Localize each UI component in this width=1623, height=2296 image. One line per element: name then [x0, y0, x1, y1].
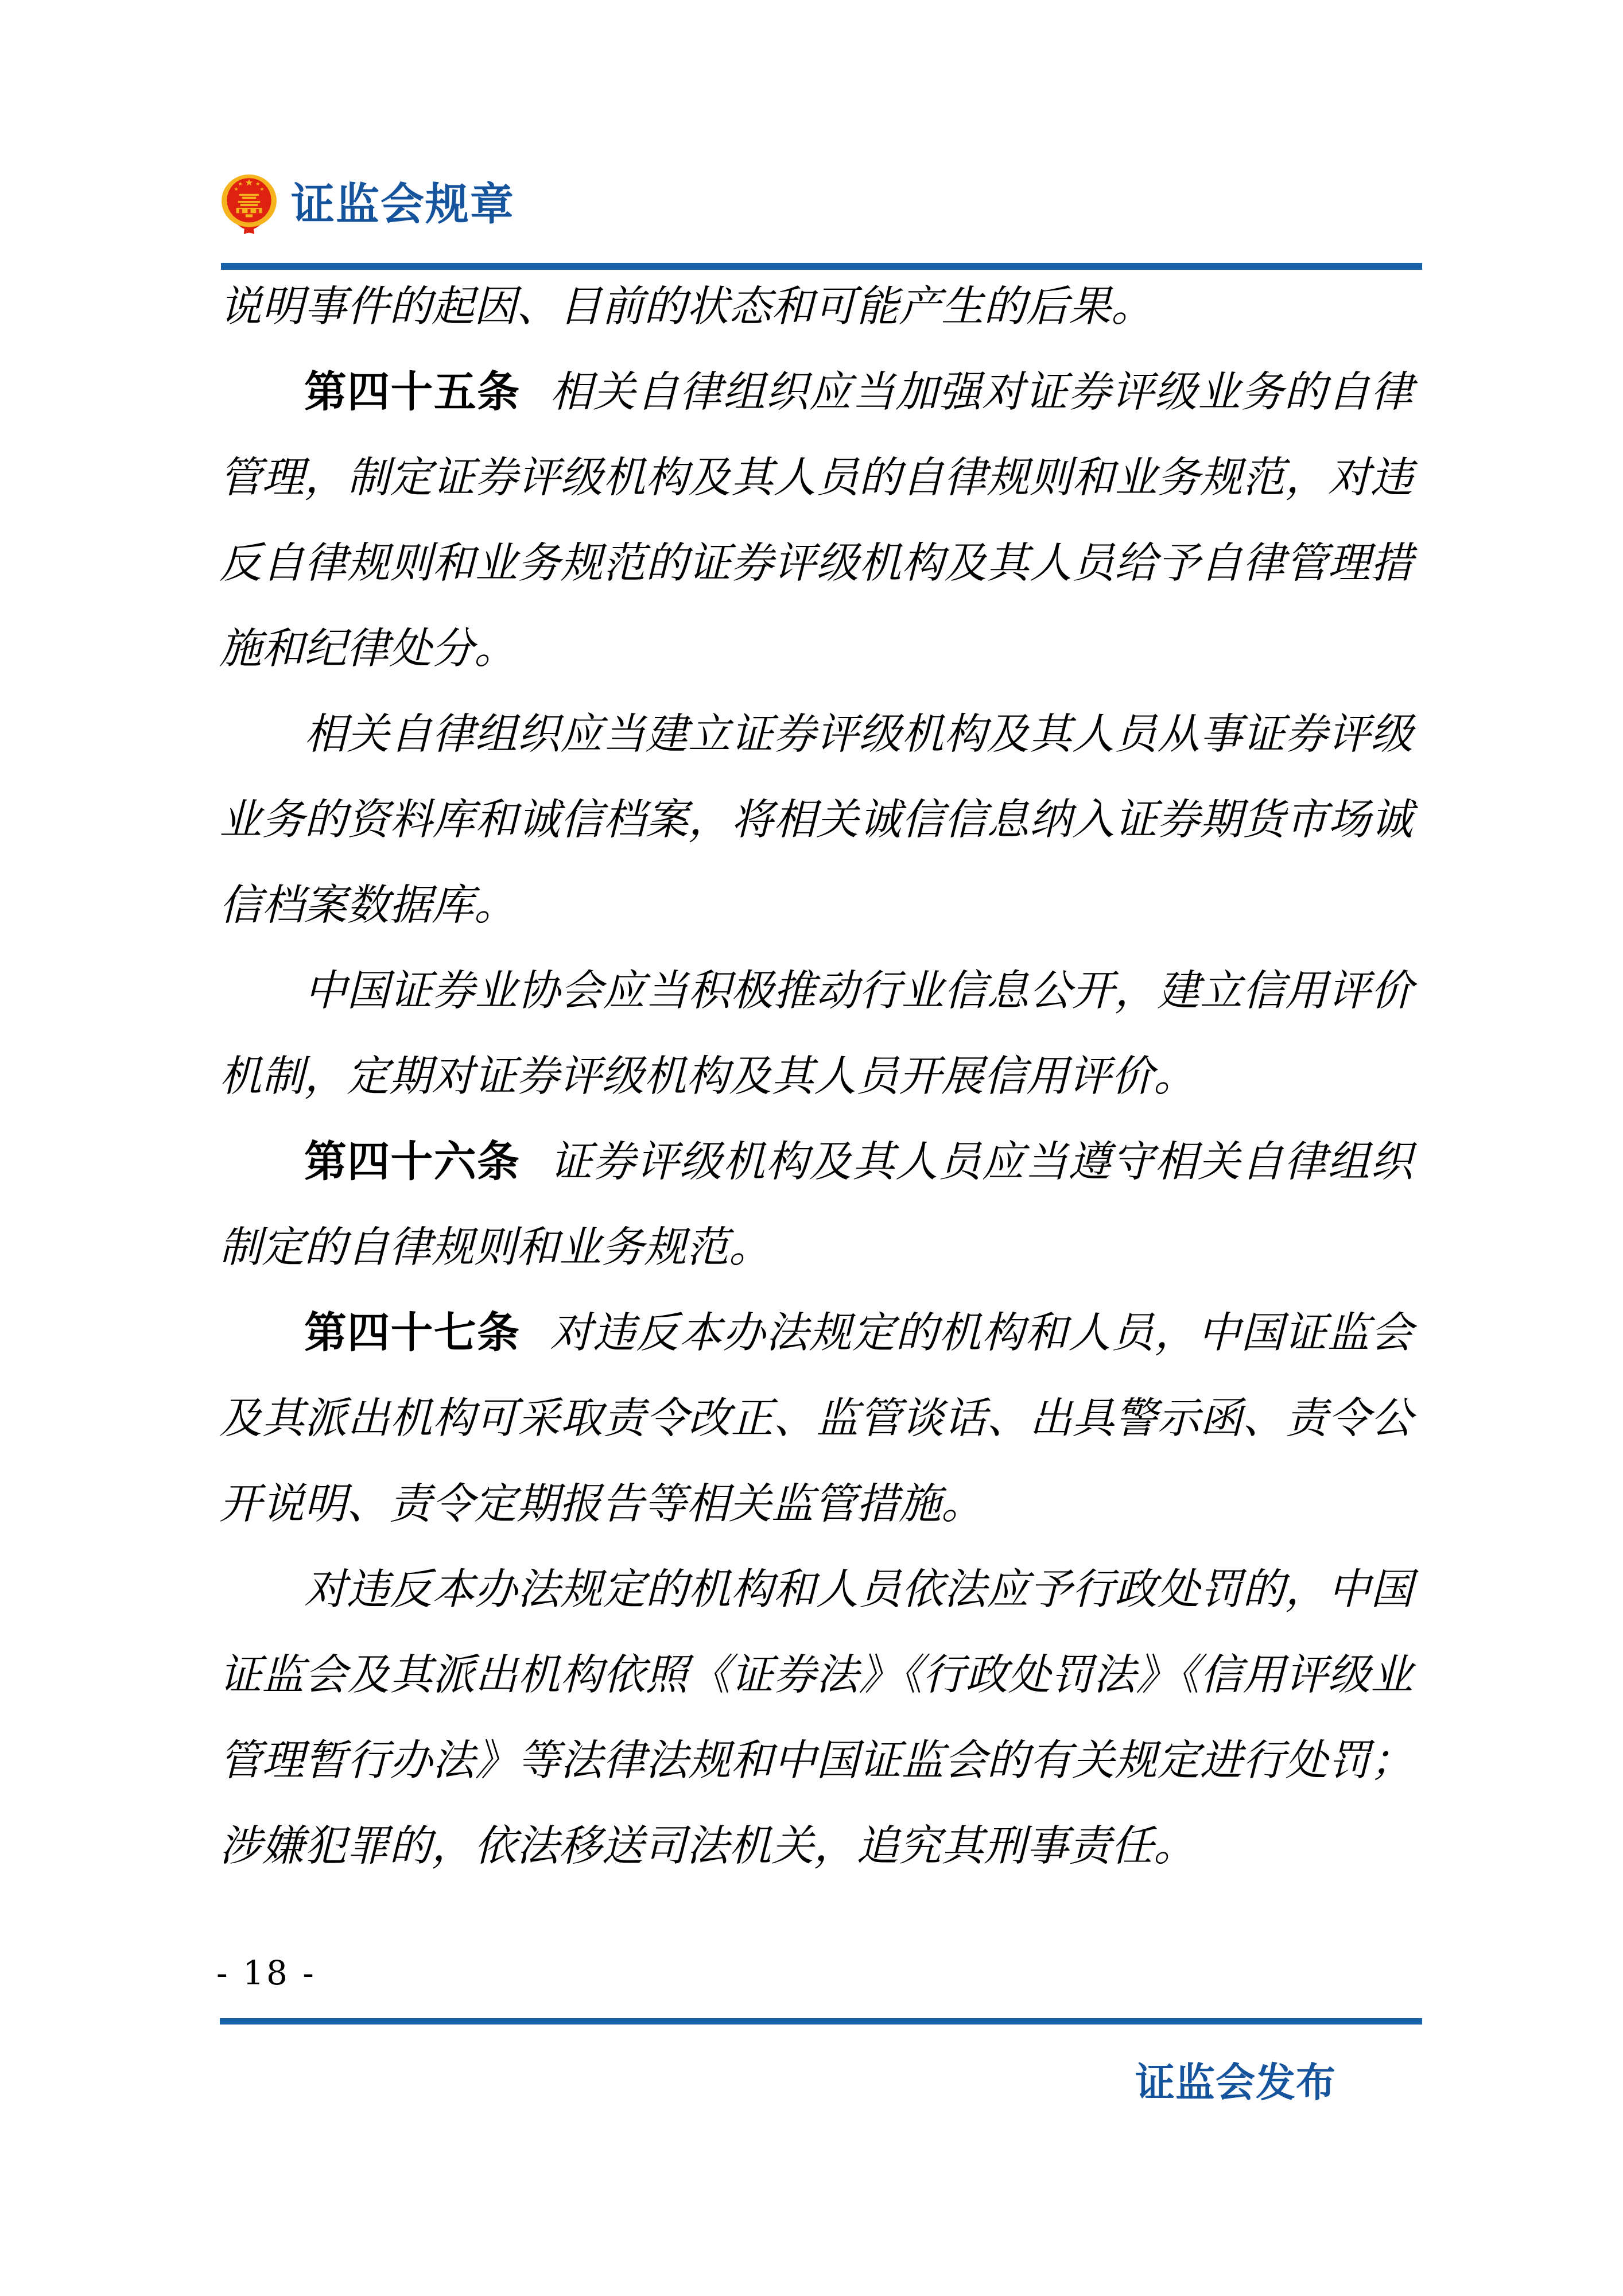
article-number: 第四十七条 [304, 1308, 520, 1358]
paragraph: 对违反本办法规定的机构和人员依法应予行政处罚的，中国证监会及其派出机构依照《证券… [219, 1547, 1413, 1889]
national-emblem-icon [221, 174, 277, 235]
header-title: 证监会规章 [291, 183, 515, 226]
paragraph: 第四十五条相关自律组织应当加强对证券评级业务的自律管理，制定证券评级机构及其人员… [219, 350, 1413, 692]
footer-rule [220, 2018, 1422, 2024]
article-number: 第四十六条 [304, 1137, 520, 1186]
paragraph-text: 说明事件的起因、目前的状态和可能产生的后果。 [219, 282, 1154, 331]
document-page: 证监会规章 说明事件的起因、目前的状态和可能产生的后果。 第四十五条相关自律组织… [0, 0, 1623, 2296]
page-header: 证监会规章 [221, 172, 515, 236]
document-body: 说明事件的起因、目前的状态和可能产生的后果。 第四十五条相关自律组织应当加强对证… [219, 264, 1413, 1889]
publisher-label: 证监会发布 [1135, 2063, 1336, 2103]
article-number: 第四十五条 [304, 367, 520, 417]
paragraph-text: 相关自律组织应当建立证券评级机构及其人员从事证券评级业务的资料库和诚信档案，将相… [219, 709, 1413, 930]
paragraph: 相关自律组织应当建立证券评级机构及其人员从事证券评级业务的资料库和诚信档案，将相… [219, 692, 1413, 948]
paragraph: 说明事件的起因、目前的状态和可能产生的后果。 [219, 264, 1413, 350]
paragraph-text: 中国证券业协会应当积极推动行业信息公开，建立信用评价机制，定期对证券评级机构及其… [219, 966, 1413, 1101]
paragraph-text: 对违反本办法规定的机构和人员依法应予行政处罚的，中国证监会及其派出机构依照《证券… [219, 1565, 1413, 1871]
paragraph: 中国证券业协会应当积极推动行业信息公开，建立信用评价机制，定期对证券评级机构及其… [219, 948, 1413, 1119]
paragraph: 第四十六条证券评级机构及其人员应当遵守相关自律组织制定的自律规则和业务规范。 [219, 1119, 1413, 1290]
page-number: - 18 - [216, 1955, 316, 1992]
paragraph: 第四十七条对违反本办法规定的机构和人员，中国证监会及其派出机构可采取责令改正、监… [219, 1290, 1413, 1547]
